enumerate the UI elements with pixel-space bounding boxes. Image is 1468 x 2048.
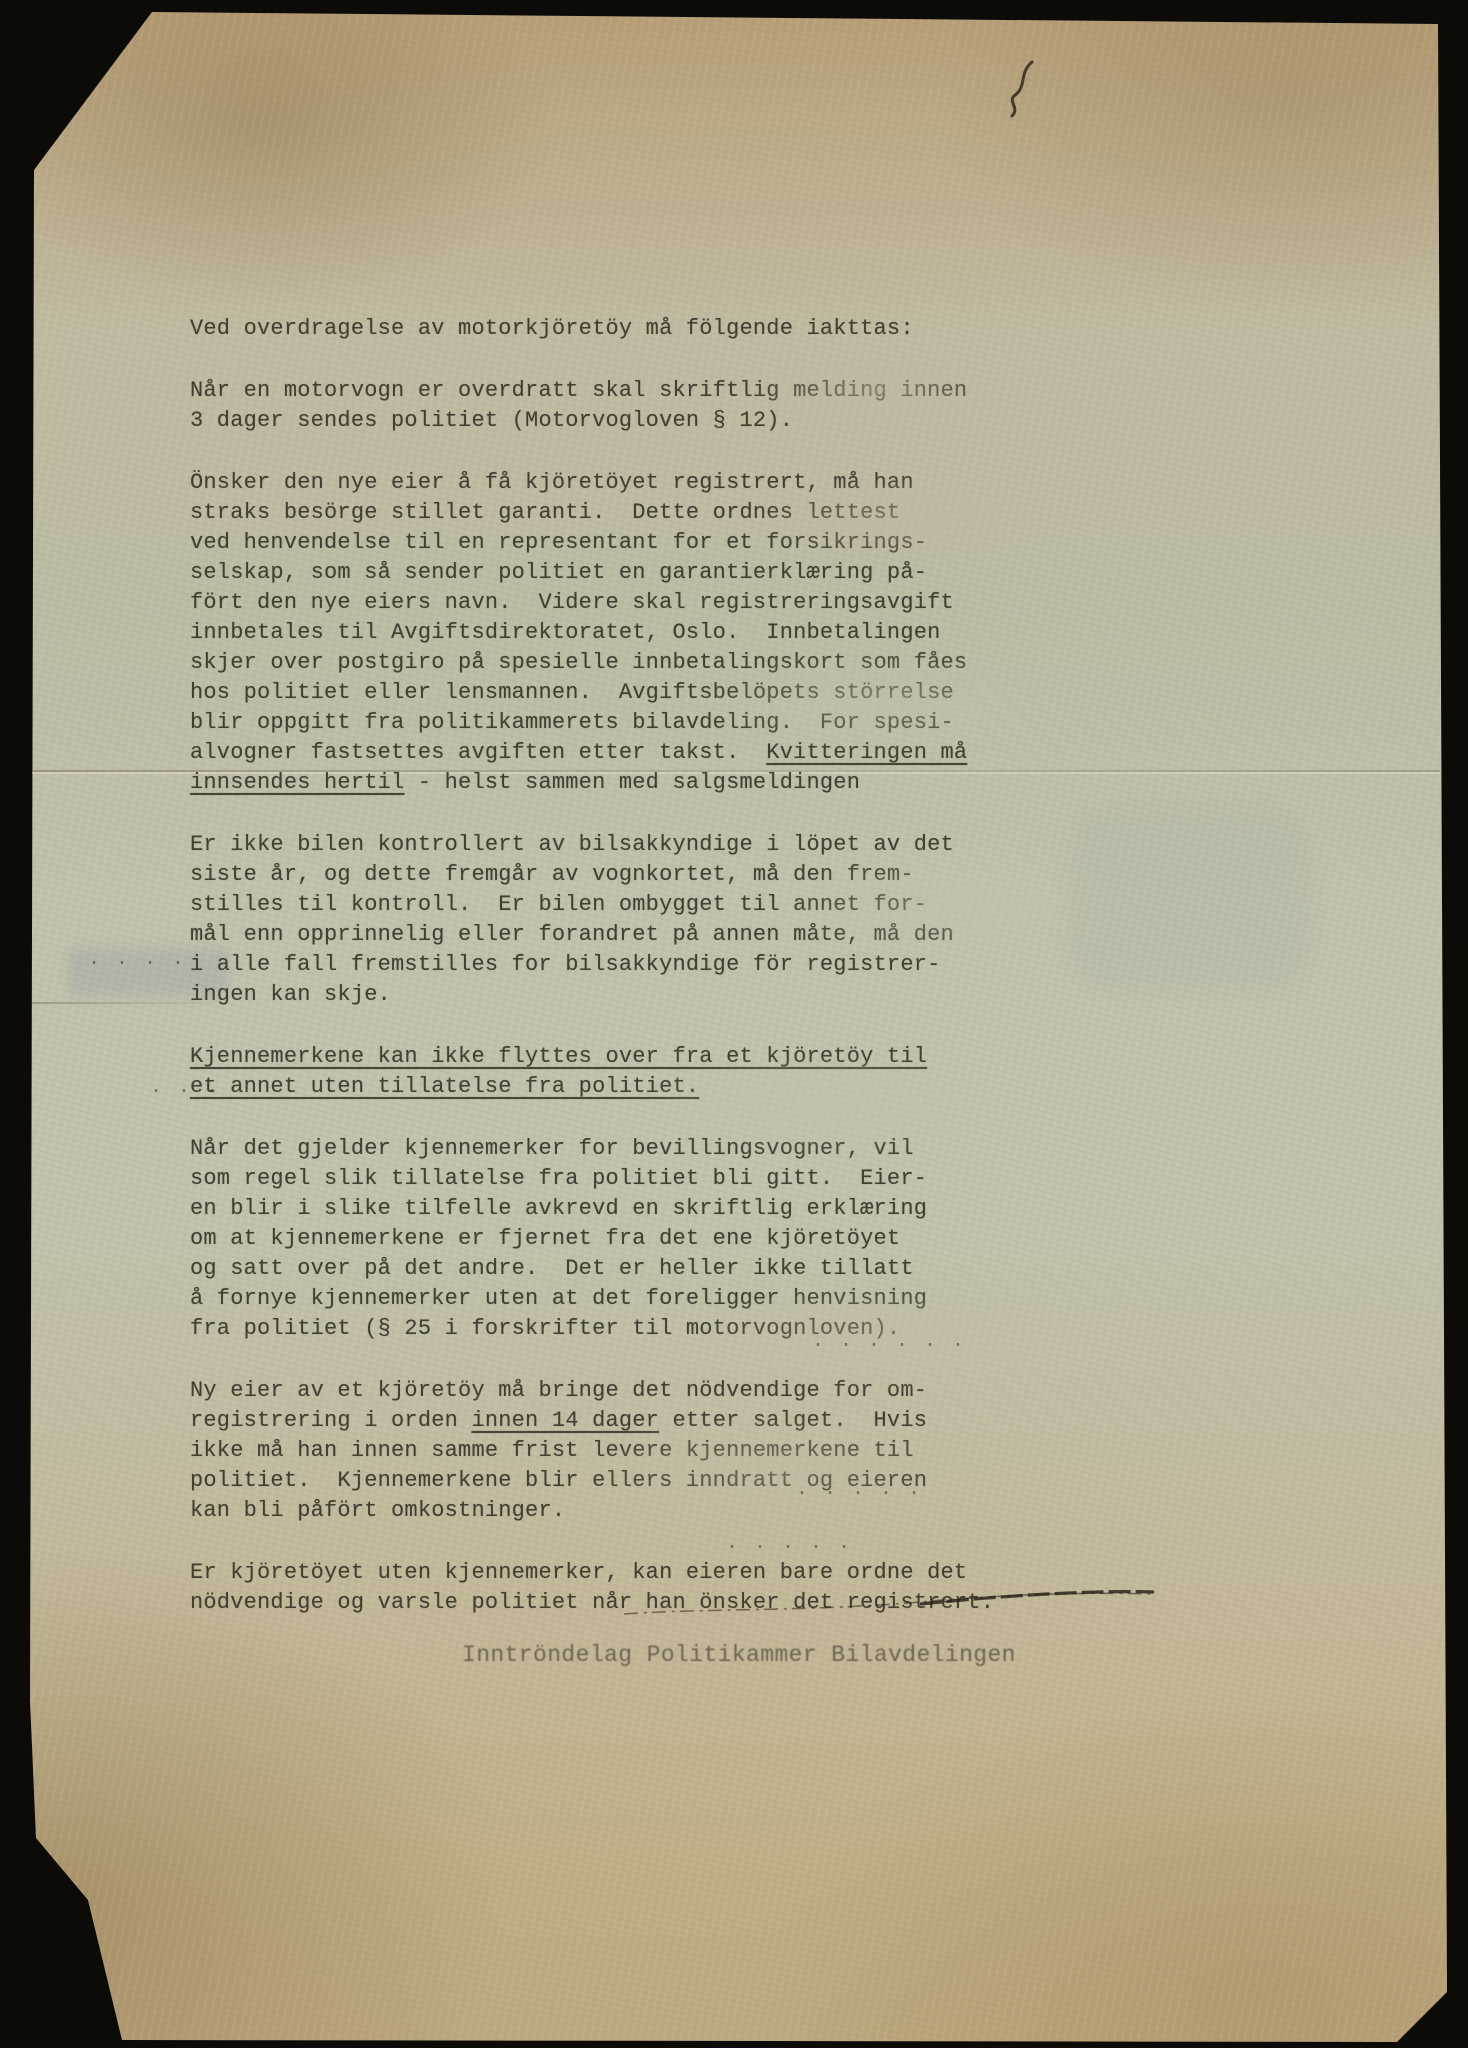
paragraph: Ny eier av et kjöretöy må bringe det nöd… (190, 1376, 1050, 1526)
text-line: Önsker den nye eier å få kjöretöyet regi… (190, 468, 1050, 498)
text-line: registrering i orden innen 14 dager ette… (190, 1406, 1050, 1436)
text-line: innsendes hertil - helst sammen med salg… (190, 768, 1050, 798)
pen-mark-top-right (1000, 58, 1042, 125)
text-line: Kjennemerkene kan ikke flyttes over fra … (190, 1042, 1050, 1072)
text-line: Når det gjelder kjennemerker for bevilli… (190, 1134, 1050, 1164)
text-line: blir oppgitt fra politikammerets bilavde… (190, 708, 1050, 738)
text-line: i alle fall fremstilles for bilsakkyndig… (190, 950, 1050, 980)
pen-scribble-line (620, 1580, 1160, 1629)
text-line: innbetales til Avgiftsdirektoratet, Oslo… (190, 618, 1050, 648)
ink-showthrough-smudge (1070, 810, 1310, 990)
text-block: Ved overdragelse av motorkjöretöy må föl… (190, 314, 1050, 1650)
text-line: som regel slik tillatelse fra politiet b… (190, 1164, 1050, 1194)
text-line: om at kjennemerkene er fjernet fra det e… (190, 1224, 1050, 1254)
text-line: Ved overdragelse av motorkjöretöy må föl… (190, 314, 1050, 344)
text-line: mål enn opprinnelig eller forandret på a… (190, 920, 1050, 950)
text-line: alvogner fastsettes avgiften etter takst… (190, 738, 1050, 768)
text-line: stilles til kontroll. Er bilen ombygget … (190, 890, 1050, 920)
paragraph: Når en motorvogn er overdratt skal skrif… (190, 376, 1050, 436)
text-line: ikke må han innen samme frist levere kje… (190, 1436, 1050, 1466)
pen-dots: . . . . . (796, 1478, 922, 1501)
paragraph: Ved overdragelse av motorkjöretöy må föl… (190, 314, 1050, 344)
text-line: 3 dager sendes politiet (Motorvogloven §… (190, 406, 1050, 436)
text-line: Er ikke bilen kontrollert av bilsakkyndi… (190, 830, 1050, 860)
text-line: og satt over på det andre. Det er heller… (190, 1254, 1050, 1284)
text-line: ingen kan skje. (190, 980, 1050, 1010)
text-line: ved henvendelse til en representant for … (190, 528, 1050, 558)
text-line: skjer over postgiro på spesielle innbeta… (190, 648, 1050, 678)
pen-dots: . . . . (88, 948, 186, 971)
text-line: straks besörge stillet garanti. Dette or… (190, 498, 1050, 528)
text-line: siste år, og dette fremgår av vognkortet… (190, 860, 1050, 890)
pen-dots: . . . . . (726, 1532, 852, 1555)
signature-line: Inntröndelag Politikammer Bilavdelingen (462, 1642, 1016, 1668)
text-line: å fornye kjennemerker uten at det foreli… (190, 1284, 1050, 1314)
text-line: Ny eier av et kjöretöy må bringe det nöd… (190, 1376, 1050, 1406)
text-line: fört den nye eiers navn. Videre skal reg… (190, 588, 1050, 618)
text-line: selskap, som så sender politiet en garan… (190, 558, 1050, 588)
paragraph: Når det gjelder kjennemerker for bevilli… (190, 1134, 1050, 1344)
text-line: hos politiet eller lensmannen. Avgiftsbe… (190, 678, 1050, 708)
scanned-document-scene: Ved overdragelse av motorkjöretöy må föl… (0, 0, 1468, 2048)
text-line: en blir i slike tilfelle avkrevd en skri… (190, 1194, 1050, 1224)
pen-dots: . . . . . . (812, 1330, 966, 1353)
text-line: et annet uten tillatelse fra politiet. (190, 1072, 1050, 1102)
paragraph: Önsker den nye eier å få kjöretöyet regi… (190, 468, 1050, 798)
text-line: Når en motorvogn er overdratt skal skrif… (190, 376, 1050, 406)
paragraph: Kjennemerkene kan ikke flyttes over fra … (190, 1042, 1050, 1102)
paragraph: Er ikke bilen kontrollert av bilsakkyndi… (190, 830, 1050, 1010)
pen-dots: . . . (150, 1076, 220, 1099)
